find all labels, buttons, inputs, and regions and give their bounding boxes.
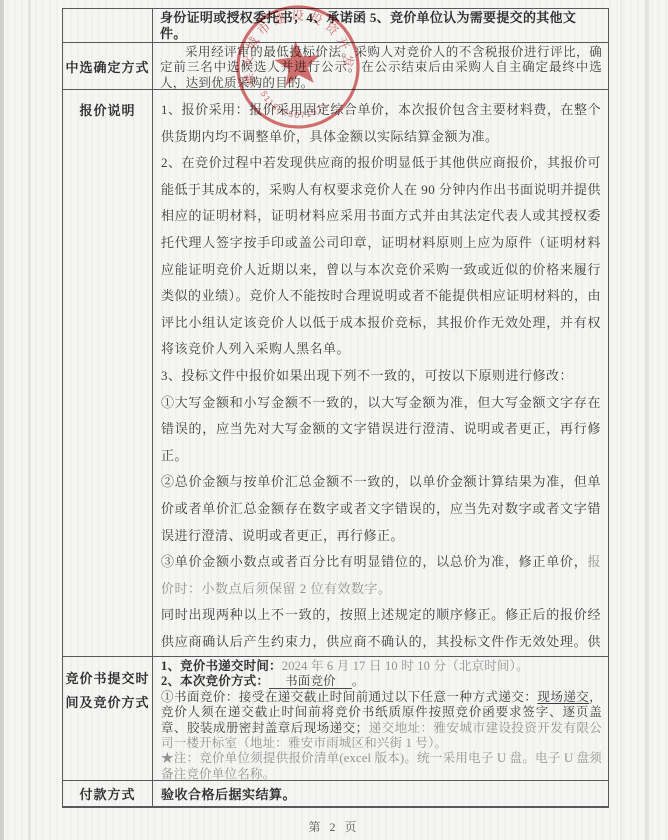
attachments-content-cell: 身份证明或授权委托书；4、承诺函 5、竞价单位认为需要提交的其他文件。 上述报价… bbox=[153, 9, 608, 42]
scan-streak-right bbox=[645, 0, 649, 840]
submission-item-2-value: 书面竞价 bbox=[269, 675, 352, 689]
delivery-intro: ①书面竞价：接受在递交截止时间前通过以下任意一种方式递交： bbox=[161, 690, 537, 704]
table-row-attachments: 身份证明或授权委托书；4、承诺函 5、竞价单位认为需要提交的其他文件。 上述报价… bbox=[63, 9, 608, 42]
quote-paragraph-6-main: ③单价金额小数点或者百分比有明显错位的，以总价为准，修正单价， bbox=[161, 554, 587, 569]
quote-instructions-content: 1、报价采用：报价采用固定综合单价，本次报价包含主要材料费，在整个供货期内均不调… bbox=[153, 90, 608, 656]
submission-label: 竞价书提交时 间及竞价方式 bbox=[63, 657, 153, 780]
submission-item-2-end: 。 bbox=[352, 674, 365, 688]
submission-item-1: 1、竞价书递交时间：2024 年 6 月 17 日 10 时 10 分（北京时间… bbox=[161, 659, 602, 674]
quote-paragraph-1: 1、报价采用：报价采用固定综合单价，本次报价包含主要材料费，在整个供货期内均不调… bbox=[161, 97, 601, 150]
quote-paragraph-5: ②总价金额与按单价汇总金额不一致的，以单价金额计算结果为准，但单价或者单价汇总金… bbox=[161, 469, 601, 549]
quote-paragraph-3: 3、投标文件中报价如果出现下列不一致的，可按以下原则进行修改： bbox=[161, 363, 601, 390]
scan-streak-left-2 bbox=[28, 0, 31, 840]
scan-streak-left bbox=[0, 0, 4, 840]
scanned-document-page: { "document": { "footer": "第 2 页" }, "st… bbox=[0, 0, 668, 840]
quote-paragraph-7: 同时出现两种以上不一致的，按照上述规定的顺序修正。修正后的报价经供应商确认后产生… bbox=[161, 602, 601, 656]
delivery-method: 现场递交 bbox=[537, 690, 589, 704]
quote-paragraph-6: ③单价金额小数点或者百分比有明显错位的，以总价为准，修正单价，报价时：小数点后须… bbox=[161, 549, 601, 602]
quote-paragraph-2: 2、在竞价过程中若发现供应商的报价明显低于其他供应商报价，其报价可能低于其成本的… bbox=[161, 150, 601, 363]
submission-item-1-value: 2024 年 6 月 17 日 10 时 10 分（北京时间）。 bbox=[282, 659, 529, 673]
submission-item-1-label: 1、竞价书递交时间： bbox=[161, 659, 282, 673]
table-row-quote-instructions: 报价说明 1、报价采用：报价采用固定综合单价，本次报价包含主要材料费，在整个供货… bbox=[63, 89, 608, 656]
procurement-terms-table: 身份证明或授权委托书；4、承诺函 5、竞价单位认为需要提交的其他文件。 上述报价… bbox=[62, 8, 609, 808]
submission-content: 1、竞价书递交时间：2024 年 6 月 17 日 10 时 10 分（北京时间… bbox=[153, 657, 608, 780]
table-row-selection-method: 中选确定方式 采用经评审的最低投标价法。采购人对竞价人的不含税报价进行评比，确定… bbox=[63, 42, 608, 89]
submission-note: ★注：竞价单位须提供报价清单(excel 版本)。统一采用电子 U 盘。电子 U… bbox=[161, 751, 602, 780]
payment-label: 付款方式 bbox=[63, 781, 153, 806]
table-row-payment: 付款方式 验收合格后据实结算。 bbox=[63, 780, 608, 806]
attachments-label-cell-empty bbox=[63, 9, 153, 42]
submission-item-2-label: 2、本次竞价方式： bbox=[161, 674, 269, 688]
page-number: 第 2 页 bbox=[0, 818, 668, 835]
selection-method-text: 采用经评审的最低投标价法。采购人对竞价人的不含税报价进行评比，确定前三名中选候选… bbox=[160, 45, 602, 89]
submission-delivery-paragraph: ①书面竞价：接受在递交截止时间前通过以下任意一种方式递交：现场递交，竞价人须在递… bbox=[161, 690, 602, 752]
payment-content: 验收合格后据实结算。 bbox=[153, 781, 608, 806]
quote-instructions-label: 报价说明 bbox=[63, 90, 153, 656]
selection-method-label: 中选确定方式 bbox=[63, 43, 153, 89]
table-row-submission: 竞价书提交时 间及竞价方式 1、竞价书递交时间：2024 年 6 月 17 日 … bbox=[63, 656, 608, 780]
submission-label-line-1: 竞价书提交时 bbox=[65, 667, 149, 691]
submission-item-2: 2、本次竞价方式：书面竞价。 bbox=[161, 674, 602, 689]
selection-method-content: 采用经评审的最低投标价法。采购人对竞价人的不含税报价进行评比，确定前三名中选候选… bbox=[153, 43, 608, 89]
submission-label-line-2: 间及竞价方式 bbox=[65, 691, 149, 715]
attachments-line-1: 身份证明或授权委托书；4、承诺函 5、竞价单位认为需要提交的其他文件。 bbox=[160, 10, 602, 42]
quote-paragraph-4: ①大写金额和小写金额不一致的，以大写金额为准，但大写金额文字存在错误的，应当先对… bbox=[161, 390, 601, 470]
scan-streak-right-2 bbox=[620, 0, 622, 840]
